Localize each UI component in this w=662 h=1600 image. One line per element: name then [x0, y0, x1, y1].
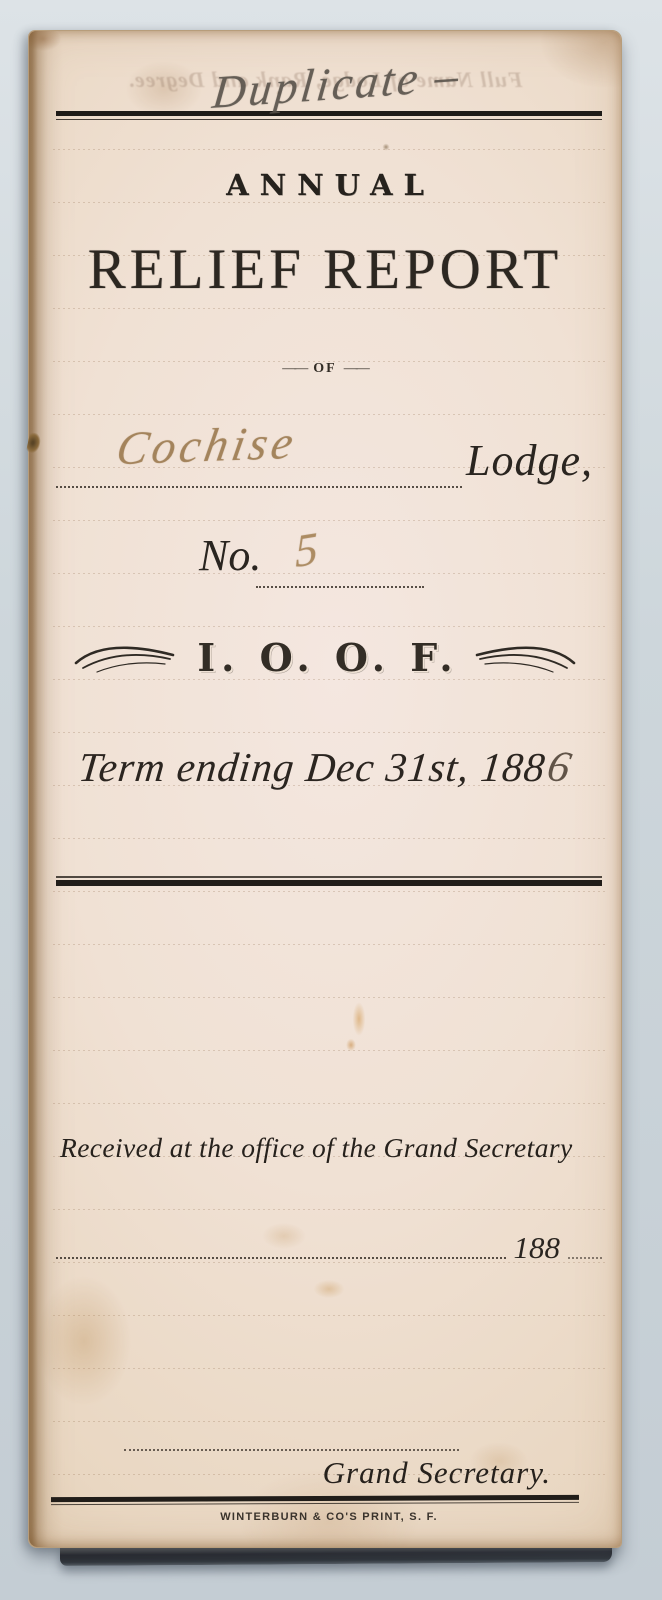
bottom-rule	[51, 1495, 579, 1505]
lodge-label: Lodge,	[466, 439, 593, 483]
lodge-name-dotted-line	[56, 486, 462, 488]
of-dash-left: ——	[275, 361, 313, 376]
term-ending-line: Term ending Dec 31st, 1886	[76, 743, 601, 791]
of-dash-right: ——	[337, 361, 375, 376]
of-separator: ——OF——	[29, 362, 621, 376]
handwritten-annotation: Duplicate –	[145, 48, 529, 121]
received-line: Received at the office of the Grand Secr…	[60, 1131, 600, 1164]
number-dotted-line	[256, 586, 424, 588]
year-prefix: 188	[506, 1234, 569, 1262]
term-printed-text: Term ending Dec 31st, 188	[77, 744, 548, 790]
photo-backdrop: Full Name of Lodge, Rank and Degree. Dup…	[0, 0, 662, 1600]
date-dotted-tail	[568, 1255, 602, 1259]
signature-title: Grand Secretary.	[249, 1457, 551, 1488]
order-initials: I. O. O. F.	[191, 639, 458, 677]
order-initials-row: I. O. O. F.	[29, 639, 621, 677]
booklet-cover: Full Name of Lodge, Rank and Degree. Dup…	[28, 30, 622, 1548]
lodge-name-handwritten: Cochise	[113, 420, 301, 474]
flourish-right-icon	[473, 640, 577, 676]
title-relief-report: RELIEF REPORT	[29, 241, 621, 298]
number-label: No.	[199, 534, 261, 578]
middle-rule	[56, 876, 602, 886]
number-value-handwritten: 5	[295, 525, 319, 575]
staple-mark	[26, 432, 42, 454]
received-date-row: 188	[56, 1217, 602, 1259]
ruled-lines-bleed	[53, 149, 605, 1499]
printer-credit: WINTERBURN & CO'S PRINT, S. F.	[56, 1512, 602, 1523]
flourish-left-icon	[73, 640, 177, 676]
title-annual: ANNUAL	[29, 171, 621, 200]
signature-dotted-line	[124, 1449, 459, 1451]
of-label: OF	[313, 361, 336, 376]
top-rule	[56, 111, 602, 120]
date-dotted-line	[56, 1255, 506, 1259]
